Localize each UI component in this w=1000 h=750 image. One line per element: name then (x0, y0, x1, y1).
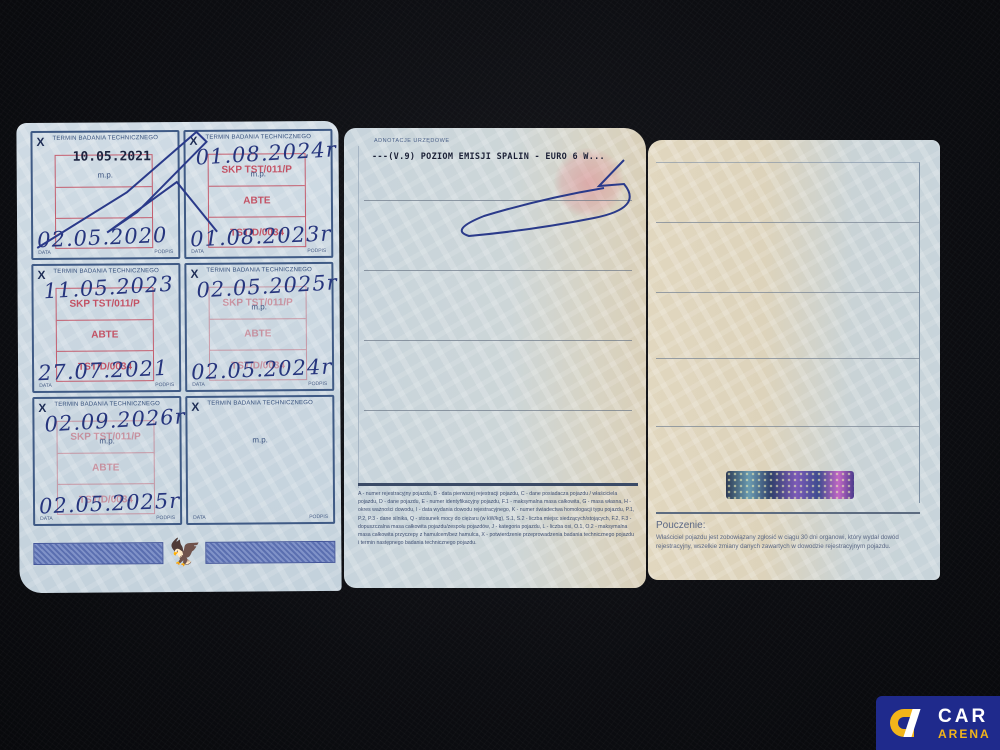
stamp-row: ABTE (58, 453, 154, 485)
date-label: Data (193, 515, 206, 521)
inspection-page: XTermin badania technicznegom.p.10.05.20… (16, 121, 341, 593)
polish-eagle-icon: 🦅 (169, 536, 199, 568)
inspection-grid: XTermin badania technicznegom.p.10.05.20… (30, 129, 335, 526)
section-divider (358, 483, 638, 486)
ruled-line (364, 270, 632, 271)
inspection-cell: XTermin badania technicznegoSKP TST/011/… (31, 263, 181, 393)
inspection-cell: XTermin badania technicznegom.p.DataPodp… (185, 395, 335, 525)
date-label: Data (39, 383, 52, 389)
seal-place-label: m.p. (99, 436, 115, 445)
notice-page: Pouczenie: Właściciel pojazdu jest zobow… (648, 140, 940, 580)
signature-label: Podpis (309, 514, 328, 520)
signature-label: Podpis (156, 515, 175, 521)
signature-label: Podpis (154, 249, 173, 255)
hologram-sticker (726, 471, 854, 499)
stamp-row: ABTE (209, 186, 305, 218)
notice-text: Właściciel pojazdu jest zobowiązany zgło… (656, 533, 918, 551)
inspection-cell: XTermin badania technicznegoSKP TST/011/… (183, 129, 333, 259)
inspection-cell: XTermin badania technicznegoSKP TST/011/… (184, 262, 334, 392)
stamp-row: ABTE (57, 320, 153, 352)
next-inspection-date: 11.05.2023 (43, 272, 174, 304)
logo-text-car: CAR (938, 707, 991, 726)
field-legend: A - numer rejestracyjny pojazdu, B - dat… (358, 490, 636, 547)
inspection-cell: XTermin badania technicznegoSKP TST/011/… (32, 396, 182, 526)
signature-label: Podpis (308, 381, 327, 387)
next-inspection-date: 01.08.2024r (195, 137, 337, 169)
signature-label: Podpis (307, 248, 326, 254)
ruled-line (364, 340, 632, 341)
emission-level-entry: ---(V.9) POZIOM EMISJI SPALIN - EURO 6 W… (372, 152, 605, 162)
ruled-line (656, 426, 920, 427)
printed-date: 10.05.2021 (73, 149, 151, 165)
emblem-band: 🦅 (33, 539, 335, 565)
ruled-line (656, 222, 920, 223)
seal-place-label: m.p. (252, 435, 268, 444)
guilloche-band-right (205, 541, 335, 564)
page-frame (358, 146, 359, 488)
signature-label: Podpis (155, 382, 174, 388)
seal-place-label: m.p. (251, 302, 267, 311)
ruled-line (656, 358, 920, 359)
inspection-mark: X (191, 400, 199, 414)
annotations-header: Adnotacje urzędowe (374, 138, 450, 144)
inspection-heading: Termin badania technicznego (52, 135, 158, 142)
date-label: Data (40, 516, 53, 522)
seal-place-label: m.p. (97, 170, 113, 179)
inspection-date: 01.08.2023r (190, 221, 332, 251)
guilloche-band-left (33, 542, 163, 565)
inspection-date: 02.05.2024r (191, 354, 333, 384)
ruled-line (364, 410, 632, 411)
seal-place-label: m.p. (250, 169, 266, 178)
stamp-row: ABTE (210, 319, 306, 351)
date-label: Data (38, 250, 51, 256)
stamp-row (56, 187, 152, 219)
inspection-cell: XTermin badania technicznegom.p.10.05.20… (30, 130, 180, 260)
section-divider (656, 512, 920, 514)
car-arena-logo: CAR ARENA (876, 696, 1000, 750)
car-arena-logo-icon (890, 705, 930, 741)
inspection-mark: X (36, 135, 44, 149)
date-label: Data (192, 382, 205, 388)
ruled-line (364, 200, 632, 201)
notice-title: Pouczenie: (656, 520, 705, 531)
inspection-date: 02.05.2025r (39, 489, 181, 519)
ruled-line (656, 292, 920, 293)
logo-text-arena: ARENA (938, 728, 991, 740)
official-annotations-page: Adnotacje urzędowe ---(V.9) POZIOM EMISJ… (344, 128, 646, 588)
next-inspection-date: 02.05.2025r (196, 270, 338, 302)
date-label: Data (191, 249, 204, 255)
next-inspection-date: 02.09.2026r (44, 404, 186, 436)
page-frame (656, 162, 920, 503)
inspection-heading: Termin badania technicznego (207, 400, 313, 407)
